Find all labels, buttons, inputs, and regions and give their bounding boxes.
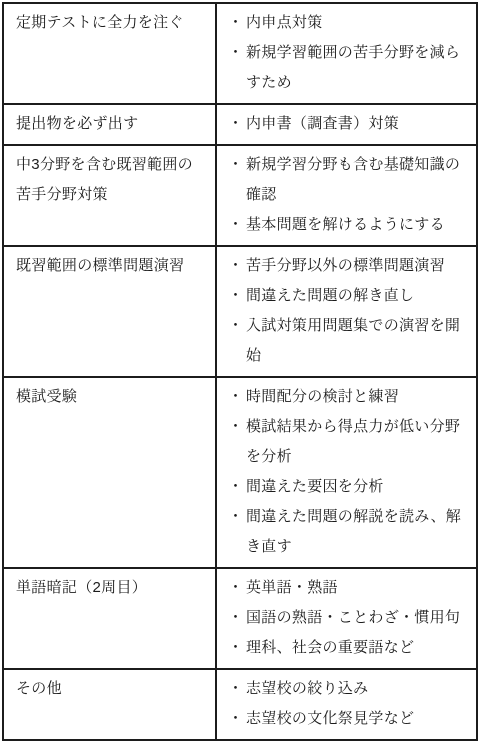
item-text: 志望校の絞り込み	[246, 674, 464, 704]
category-cell: 既習範囲の標準問題演習	[3, 246, 216, 377]
category-cell: 単語暗記（2周目）	[3, 568, 216, 669]
item-text: 新規学習範囲の苦手分野を減らすため	[246, 38, 464, 98]
items-cell: ・ 内申点対策 ・ 新規学習範囲の苦手分野を減らすため	[216, 3, 477, 104]
list-item: ・ 新規学習分野も含む基礎知識の確認	[228, 150, 464, 210]
items-cell: ・ 英単語・熟語 ・ 国語の熟語・ことわざ・慣用句 ・ 理科、社会の重要語など	[216, 568, 477, 669]
list-item: ・ 志望校の絞り込み	[228, 674, 464, 704]
table-row: 既習範囲の標準問題演習 ・ 苦手分野以外の標準問題演習 ・ 間違えた問題の解き直…	[3, 246, 477, 377]
bullet-icon: ・	[228, 210, 246, 240]
bullet-icon: ・	[228, 412, 246, 442]
bullet-icon: ・	[228, 633, 246, 663]
items-cell: ・ 新規学習分野も含む基礎知識の確認 ・ 基本問題を解けるようにする	[216, 145, 477, 246]
category-cell: 模試受験	[3, 377, 216, 568]
table-row: 中3分野を含む既習範囲の苦手分野対策 ・ 新規学習分野も含む基礎知識の確認 ・ …	[3, 145, 477, 246]
bullet-icon: ・	[228, 8, 246, 38]
bullet-icon: ・	[228, 38, 246, 68]
item-text: 国語の熟語・ことわざ・慣用句	[246, 603, 464, 633]
category-cell: その他	[3, 669, 216, 740]
list-item: ・ 新規学習範囲の苦手分野を減らすため	[228, 38, 464, 98]
list-item: ・ 時間配分の検討と練習	[228, 382, 464, 412]
item-text: 模試結果から得点力が低い分野を分析	[246, 412, 464, 472]
list-item: ・ 間違えた問題の解説を読み、解き直す	[228, 502, 464, 562]
list-item: ・ 入試対策用問題集での演習を開始	[228, 311, 464, 371]
item-text: 基本問題を解けるようにする	[246, 210, 464, 240]
bullet-icon: ・	[228, 674, 246, 704]
items-cell: ・ 内申書（調査書）対策	[216, 104, 477, 145]
item-text: 新規学習分野も含む基礎知識の確認	[246, 150, 464, 210]
items-cell: ・ 時間配分の検討と練習 ・ 模試結果から得点力が低い分野を分析 ・ 間違えた要…	[216, 377, 477, 568]
list-item: ・ 模試結果から得点力が低い分野を分析	[228, 412, 464, 472]
category-label: 定期テストに全力を注ぐ	[16, 8, 203, 38]
category-label: 模試受験	[16, 382, 203, 412]
category-label: その他	[16, 674, 203, 704]
list-item: ・ 基本問題を解けるようにする	[228, 210, 464, 240]
item-text: 間違えた要因を分析	[246, 472, 464, 502]
study-plan-page: 定期テストに全力を注ぐ ・ 内申点対策 ・ 新規学習範囲の苦手分野を減らすため …	[0, 0, 480, 589]
list-item: ・ 理科、社会の重要語など	[228, 633, 464, 663]
list-item: ・ 内申点対策	[228, 8, 464, 38]
item-text: 志望校の文化祭見学など	[246, 704, 464, 734]
table-row: 提出物を必ず出す ・ 内申書（調査書）対策	[3, 104, 477, 145]
bullet-icon: ・	[228, 704, 246, 734]
item-text: 内申書（調査書）対策	[246, 109, 464, 139]
item-text: 苦手分野以外の標準問題演習	[246, 251, 464, 281]
table-row: 模試受験 ・ 時間配分の検討と練習 ・ 模試結果から得点力が低い分野を分析 ・ …	[3, 377, 477, 568]
category-cell: 提出物を必ず出す	[3, 104, 216, 145]
bullet-icon: ・	[228, 502, 246, 532]
item-text: 内申点対策	[246, 8, 464, 38]
category-label: 中3分野を含む既習範囲の苦手分野対策	[16, 150, 203, 210]
list-item: ・ 苦手分野以外の標準問題演習	[228, 251, 464, 281]
category-label: 提出物を必ず出す	[16, 109, 203, 139]
bullet-icon: ・	[228, 573, 246, 603]
list-item: ・ 英単語・熟語	[228, 573, 464, 603]
bullet-icon: ・	[228, 603, 246, 633]
list-item: ・ 内申書（調査書）対策	[228, 109, 464, 139]
list-item: ・ 間違えた問題の解き直し	[228, 281, 464, 311]
bullet-icon: ・	[228, 109, 246, 139]
item-text: 間違えた問題の解説を読み、解き直す	[246, 502, 464, 562]
category-cell: 定期テストに全力を注ぐ	[3, 3, 216, 104]
list-item: ・ 間違えた要因を分析	[228, 472, 464, 502]
table-body: 定期テストに全力を注ぐ ・ 内申点対策 ・ 新規学習範囲の苦手分野を減らすため …	[3, 3, 477, 740]
category-label: 既習範囲の標準問題演習	[16, 251, 203, 281]
item-text: 時間配分の検討と練習	[246, 382, 464, 412]
list-item: ・ 国語の熟語・ことわざ・慣用句	[228, 603, 464, 633]
table-row: 定期テストに全力を注ぐ ・ 内申点対策 ・ 新規学習範囲の苦手分野を減らすため	[3, 3, 477, 104]
item-text: 英単語・熟語	[246, 573, 464, 603]
items-cell: ・ 苦手分野以外の標準問題演習 ・ 間違えた問題の解き直し ・ 入試対策用問題集…	[216, 246, 477, 377]
bullet-icon: ・	[228, 382, 246, 412]
item-text: 理科、社会の重要語など	[246, 633, 464, 663]
bullet-icon: ・	[228, 311, 246, 341]
bullet-icon: ・	[228, 281, 246, 311]
table-row: 単語暗記（2周目） ・ 英単語・熟語 ・ 国語の熟語・ことわざ・慣用句 ・ 理科…	[3, 568, 477, 669]
bullet-icon: ・	[228, 251, 246, 281]
study-plan-table: 定期テストに全力を注ぐ ・ 内申点対策 ・ 新規学習範囲の苦手分野を減らすため …	[2, 2, 478, 741]
category-cell: 中3分野を含む既習範囲の苦手分野対策	[3, 145, 216, 246]
item-text: 入試対策用問題集での演習を開始	[246, 311, 464, 371]
bullet-icon: ・	[228, 472, 246, 502]
list-item: ・ 志望校の文化祭見学など	[228, 704, 464, 734]
bullet-icon: ・	[228, 150, 246, 180]
table-row: その他 ・ 志望校の絞り込み ・ 志望校の文化祭見学など	[3, 669, 477, 740]
items-cell: ・ 志望校の絞り込み ・ 志望校の文化祭見学など	[216, 669, 477, 740]
category-label: 単語暗記（2周目）	[16, 573, 203, 603]
item-text: 間違えた問題の解き直し	[246, 281, 464, 311]
